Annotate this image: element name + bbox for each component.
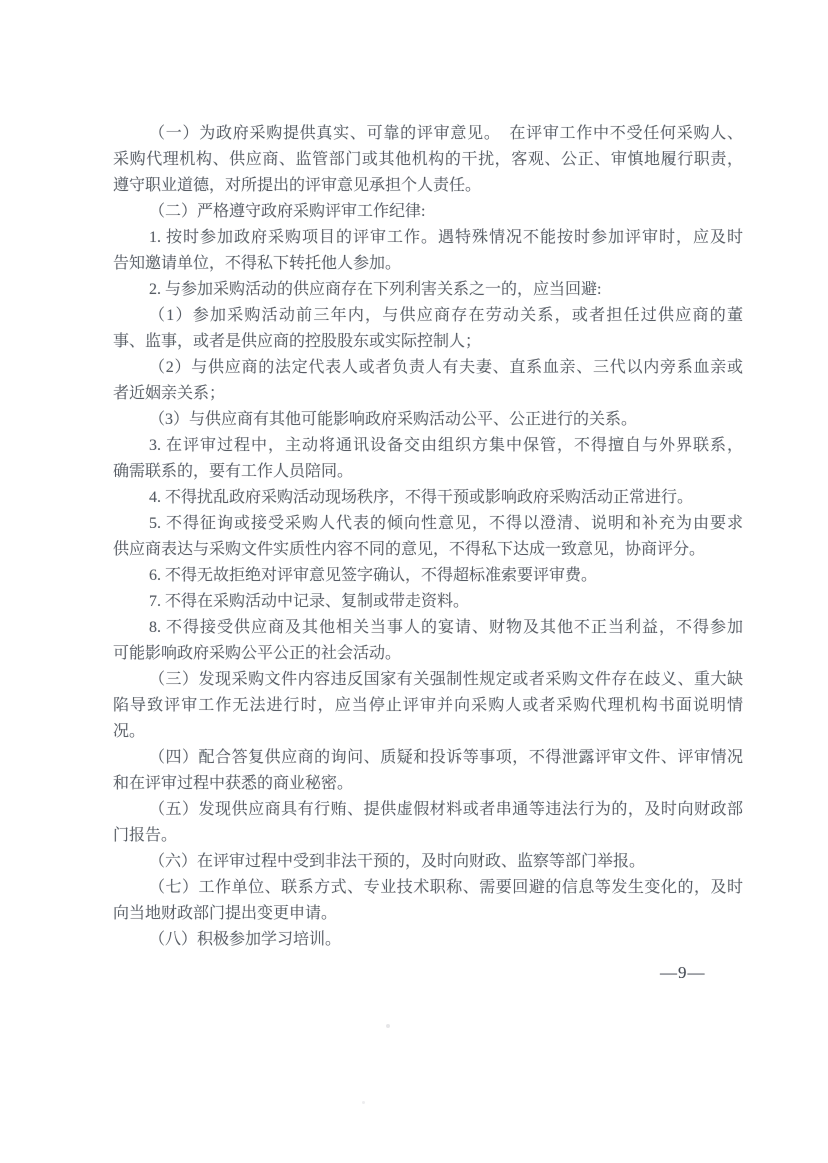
text-line: 8. 不得接受供应商及其他相关当事人的宴请、财物及其他不正当利益，不得参加 bbox=[113, 615, 743, 641]
scan-speck bbox=[362, 1101, 365, 1104]
paragraph: （六）在评审过程中受到非法干预的，及时向财政、监察等部门举报。 bbox=[113, 849, 743, 875]
text-line: 7. 不得在采购活动中记录、复制或带走资料。 bbox=[113, 589, 743, 615]
text-line: （1）参加采购活动前三年内，与供应商存在劳动关系，或者担任过供应商的董 bbox=[113, 303, 743, 329]
paragraph: （五）发现供应商具有行贿、提供虚假材料或者串通等违法行为的，及时向财政部门报告。 bbox=[113, 797, 743, 849]
text-line: （一）为政府采购提供真实、可靠的评审意见。 在评审工作中不受任何采购人、 bbox=[113, 121, 743, 147]
text-line: 事、监事，或者是供应商的控股股东或实际控制人； bbox=[113, 329, 743, 355]
text-line: 4. 不得扰乱政府采购活动现场秩序，不得干预或影响政府采购活动正常进行。 bbox=[113, 485, 743, 511]
text-line: （八）积极参加学习培训。 bbox=[113, 927, 743, 953]
text-line: 者近姻亲关系； bbox=[113, 381, 743, 407]
text-line: 采购代理机构、供应商、监管部门或其他机构的干扰，客观、公正、审慎地履行职责， bbox=[113, 147, 743, 173]
text-line: 供应商表达与采购文件实质性内容不同的意见，不得私下达成一致意见，协商评分。 bbox=[113, 537, 743, 563]
paragraph: （八）积极参加学习培训。 bbox=[113, 927, 743, 953]
paragraph: （一）为政府采购提供真实、可靠的评审意见。 在评审工作中不受任何采购人、采购代理… bbox=[113, 121, 743, 199]
paragraph: 3. 在评审过程中，主动将通讯设备交由组织方集中保管，不得擅自与外界联系，确需联… bbox=[113, 433, 743, 485]
text-line: 可能影响政府采购公平公正的社会活动。 bbox=[113, 641, 743, 667]
text-line: 向当地财政部门提出变更申请。 bbox=[113, 901, 743, 927]
text-line: 告知邀请单位，不得私下转托他人参加。 bbox=[113, 251, 743, 277]
paragraph: （三）发现采购文件内容违反国家有关强制性规定或者采购文件存在歧义、重大缺陷导致评… bbox=[113, 667, 743, 745]
text-line: 1. 按时参加政府采购项目的评审工作。遇特殊情况不能按时参加评审时，应及时 bbox=[113, 225, 743, 251]
paragraph: 4. 不得扰乱政府采购活动现场秩序，不得干预或影响政府采购活动正常进行。 bbox=[113, 485, 743, 511]
text-line: 遵守职业道德，对所提出的评审意见承担个人责任。 bbox=[113, 173, 743, 199]
paragraph: （七）工作单位、联系方式、专业技术职称、需要回避的信息等发生变化的，及时向当地财… bbox=[113, 875, 743, 927]
text-line: （七）工作单位、联系方式、专业技术职称、需要回避的信息等发生变化的，及时 bbox=[113, 875, 743, 901]
text-line: （五）发现供应商具有行贿、提供虚假材料或者串通等违法行为的，及时向财政部 bbox=[113, 797, 743, 823]
scanned-document-page: （一）为政府采购提供真实、可靠的评审意见。 在评审工作中不受任何采购人、采购代理… bbox=[0, 0, 828, 1163]
paragraph: 5. 不得征询或接受采购人代表的倾向性意见，不得以澄清、说明和补充为由要求供应商… bbox=[113, 511, 743, 563]
text-line: 况。 bbox=[113, 719, 743, 745]
paragraph: （3）与供应商有其他可能影响政府采购活动公平、公正进行的关系。 bbox=[113, 407, 743, 433]
page-number: —9— bbox=[660, 963, 706, 983]
text-line: 5. 不得征询或接受采购人代表的倾向性意见，不得以澄清、说明和补充为由要求 bbox=[113, 511, 743, 537]
paragraph: 1. 按时参加政府采购项目的评审工作。遇特殊情况不能按时参加评审时，应及时告知邀… bbox=[113, 225, 743, 277]
text-line: （四）配合答复供应商的询问、质疑和投诉等事项，不得泄露评审文件、评审情况 bbox=[113, 745, 743, 771]
paragraph: 8. 不得接受供应商及其他相关当事人的宴请、财物及其他不正当利益，不得参加可能影… bbox=[113, 615, 743, 667]
text-line: （2）与供应商的法定代表人或者负责人有夫妻、直系血亲、三代以内旁系血亲或 bbox=[113, 355, 743, 381]
paragraph: （2）与供应商的法定代表人或者负责人有夫妻、直系血亲、三代以内旁系血亲或者近姻亲… bbox=[113, 355, 743, 407]
text-line: 门报告。 bbox=[113, 823, 743, 849]
text-line: 2. 与参加采购活动的供应商存在下列利害关系之一的，应当回避: bbox=[113, 277, 743, 303]
paragraph: （二）严格遵守政府采购评审工作纪律: bbox=[113, 199, 743, 225]
paragraph: 2. 与参加采购活动的供应商存在下列利害关系之一的，应当回避: bbox=[113, 277, 743, 303]
paragraph: 7. 不得在采购活动中记录、复制或带走资料。 bbox=[113, 589, 743, 615]
text-line: （3）与供应商有其他可能影响政府采购活动公平、公正进行的关系。 bbox=[113, 407, 743, 433]
paragraph: （1）参加采购活动前三年内，与供应商存在劳动关系，或者担任过供应商的董事、监事，… bbox=[113, 303, 743, 355]
text-line: 3. 在评审过程中，主动将通讯设备交由组织方集中保管，不得擅自与外界联系， bbox=[113, 433, 743, 459]
document-body: （一）为政府采购提供真实、可靠的评审意见。 在评审工作中不受任何采购人、采购代理… bbox=[113, 121, 743, 953]
scan-speck bbox=[386, 1024, 390, 1028]
text-line: （三）发现采购文件内容违反国家有关强制性规定或者采购文件存在歧义、重大缺 bbox=[113, 667, 743, 693]
text-line: 确需联系的，要有工作人员陪同。 bbox=[113, 459, 743, 485]
text-line: （二）严格遵守政府采购评审工作纪律: bbox=[113, 199, 743, 225]
text-line: 和在评审过程中获悉的商业秘密。 bbox=[113, 771, 743, 797]
text-line: 陷导致评审工作无法进行时，应当停止评审并向采购人或者采购代理机构书面说明情 bbox=[113, 693, 743, 719]
text-line: （六）在评审过程中受到非法干预的，及时向财政、监察等部门举报。 bbox=[113, 849, 743, 875]
paragraph: 6. 不得无故拒绝对评审意见签字确认，不得超标准索要评审费。 bbox=[113, 563, 743, 589]
paragraph: （四）配合答复供应商的询问、质疑和投诉等事项，不得泄露评审文件、评审情况和在评审… bbox=[113, 745, 743, 797]
text-line: 6. 不得无故拒绝对评审意见签字确认，不得超标准索要评审费。 bbox=[113, 563, 743, 589]
